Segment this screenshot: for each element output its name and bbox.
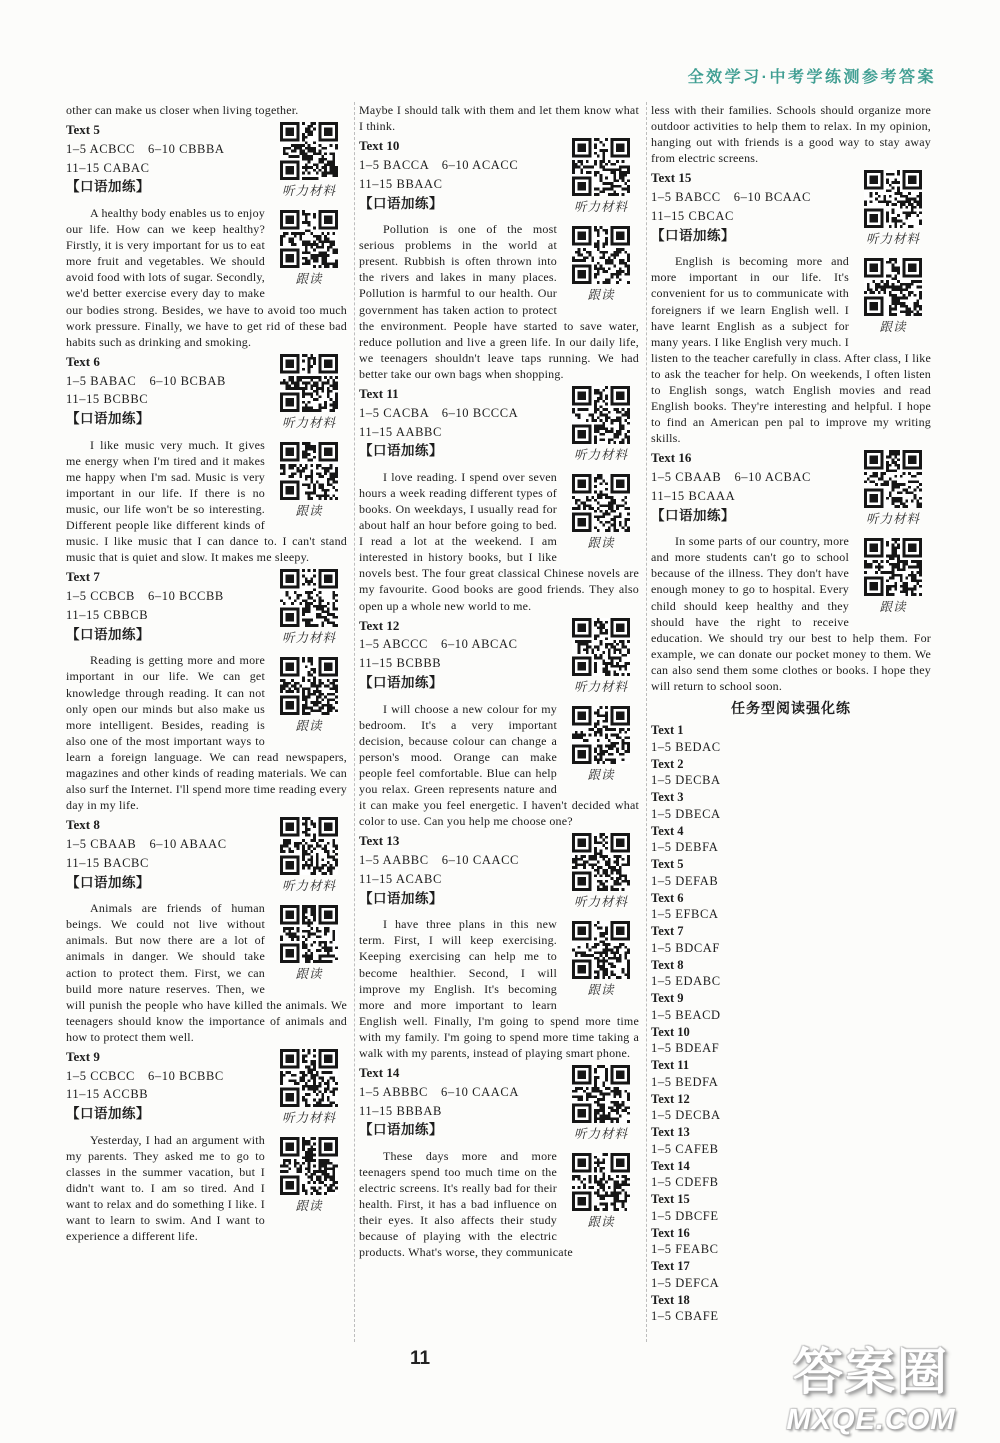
reading-item-title: Text 10 xyxy=(651,1023,931,1040)
answer-line-2: 11–15 BBAAC xyxy=(359,175,555,194)
listening-material-label: 听力材料 xyxy=(563,677,639,695)
reading-item-title: Text 1 xyxy=(651,721,931,738)
oral-practice-label: 【口语加练】 xyxy=(359,441,555,461)
listening-material-label: 听力材料 xyxy=(855,509,931,527)
qr-code-followread-icon xyxy=(572,226,630,284)
qr-code-listening-icon xyxy=(572,1065,630,1123)
qr-code-listening-icon xyxy=(280,817,338,875)
listening-material-label: 听力材料 xyxy=(563,892,639,910)
reading-item-title: Text 8 xyxy=(651,956,931,973)
reading-item-title: Text 14 xyxy=(651,1157,931,1174)
qr-code-followread-icon xyxy=(572,474,630,532)
answer-block-head: 听力材料Text 71–5 CCBCB 6–10 BCCBB11–15 CBBC… xyxy=(66,568,347,652)
text-title: Text 13 xyxy=(359,832,555,851)
reading-item-title: Text 18 xyxy=(651,1291,931,1308)
qr-code-listening-icon xyxy=(280,354,338,412)
follow-read-label: 跟读 xyxy=(271,501,347,519)
qr-code-followread-icon xyxy=(280,210,338,268)
listening-passage: 跟读These days more and more teenagers spe… xyxy=(359,1148,639,1261)
answer-line-1: 1–5 CCBCB 6–10 BCCBB xyxy=(66,587,263,606)
answer-block-head: 听力材料Text 131–5 AABBC 6–10 CAACC11–15 ACA… xyxy=(359,832,639,916)
listening-qr-group: 听力材料 xyxy=(563,386,639,463)
follow-read-label: 跟读 xyxy=(271,1196,347,1214)
answer-line-2: 11–15 BACBC xyxy=(66,854,263,873)
listening-passage: 跟读I have three plans in this new term. F… xyxy=(359,916,639,1061)
reading-item-answers: 1–5 CDEFB xyxy=(651,1173,931,1190)
text-title: Text 6 xyxy=(66,353,263,372)
listening-passage: 跟读In some parts of our country, more and… xyxy=(651,533,931,694)
reading-item-answers: 1–5 FEABC xyxy=(651,1240,931,1257)
listening-qr-group: 听力材料 xyxy=(855,450,931,527)
answer-block-head: 听力材料Text 161–5 CBAAB 6–10 ACBAC11–15 BCA… xyxy=(651,449,931,533)
listening-passage: 跟读Animals are friends of human beings. W… xyxy=(66,900,347,1045)
text-title: Text 16 xyxy=(651,449,847,468)
oral-practice-label: 【口语加练】 xyxy=(66,409,263,429)
listening-qr-group: 听力材料 xyxy=(563,618,639,695)
oral-practice-label: 【口语加练】 xyxy=(359,194,555,214)
answer-line-2: 11–15 AABBC xyxy=(359,423,555,442)
answer-block: 听力材料Text 161–5 CBAAB 6–10 ACBAC11–15 BCA… xyxy=(651,449,931,694)
answer-line-1: 1–5 BABAC 6–10 BCBAB xyxy=(66,372,263,391)
qr-code-followread-icon xyxy=(280,657,338,715)
answer-block-head: 听力材料Text 121–5 ABCCC 6–10 ABCAC11–15 BCB… xyxy=(359,617,639,701)
oral-practice-label: 【口语加练】 xyxy=(651,506,847,526)
followread-qr-group: 跟读 xyxy=(563,706,639,783)
reading-item-answers: 1–5 CBAFE xyxy=(651,1307,931,1324)
answer-block: 听力材料Text 101–5 BACCA 6–10 ACACC11–15 BBA… xyxy=(359,137,639,382)
answer-line-2: 11–15 ACCBB xyxy=(66,1085,263,1104)
answer-block: 听力材料Text 91–5 CCBCC 6–10 BCBBC11–15 ACCB… xyxy=(66,1048,347,1245)
answer-block: 听力材料Text 51–5 ACBCC 6–10 CBBBA11–15 CABA… xyxy=(66,121,347,350)
reading-item-title: Text 11 xyxy=(651,1056,931,1073)
answer-line-2: 11–15 BCBBC xyxy=(66,390,263,409)
watermark-site: MXQE.COM xyxy=(756,1404,986,1437)
followread-qr-group: 跟读 xyxy=(271,905,347,982)
page-header: 全效学习·中考学练测参考答案 xyxy=(688,64,936,87)
answer-block: 听力材料Text 111–5 CACBA 6–10 BCCCA11–15 AAB… xyxy=(359,385,639,614)
continuation-paragraph: less with their families. Schools should… xyxy=(651,102,931,166)
qr-code-listening-icon xyxy=(572,618,630,676)
reading-item-answers: 1–5 BEDFA xyxy=(651,1073,931,1090)
reading-item-answers: 1–5 BDCAF xyxy=(651,939,931,956)
answer-line-2: 11–15 ACABC xyxy=(359,870,555,889)
text-title: Text 12 xyxy=(359,617,555,636)
text-title: Text 8 xyxy=(66,816,263,835)
reading-item-title: Text 3 xyxy=(651,788,931,805)
text-title: Text 9 xyxy=(66,1048,263,1067)
listening-passage: 跟读Reading is getting more and more impor… xyxy=(66,652,347,813)
answer-block-head: 听力材料Text 141–5 ABBBC 6–10 CAACA11–15 BBB… xyxy=(359,1064,639,1148)
answer-block-head: 听力材料Text 51–5 ACBCC 6–10 CBBBA11–15 CABA… xyxy=(66,121,347,205)
text-title: Text 11 xyxy=(359,385,555,404)
reading-item-title: Text 6 xyxy=(651,889,931,906)
answer-line-2: 11–15 CBCAC xyxy=(651,207,847,226)
answer-line-1: 1–5 BABCC 6–10 BCAAC xyxy=(651,188,847,207)
follow-read-label: 跟读 xyxy=(271,269,347,287)
listening-qr-group: 听力材料 xyxy=(271,122,347,199)
answer-block-head: 听力材料Text 61–5 BABAC 6–10 BCBAB11–15 BCBB… xyxy=(66,353,347,437)
followread-qr-group: 跟读 xyxy=(271,1137,347,1214)
qr-code-followread-icon xyxy=(572,921,630,979)
listening-passage: 跟读I love reading. I spend over seven hou… xyxy=(359,469,639,614)
reading-item-title: Text 12 xyxy=(651,1090,931,1107)
followread-qr-group: 跟读 xyxy=(563,474,639,551)
listening-passage: 跟读I like music very much. It gives me en… xyxy=(66,437,347,566)
listening-material-label: 听力材料 xyxy=(271,628,347,646)
answer-block: 听力材料Text 131–5 AABBC 6–10 CAACC11–15 ACA… xyxy=(359,832,639,1061)
reading-item-answers: 1–5 DEFCA xyxy=(651,1274,931,1291)
reading-item-title: Text 13 xyxy=(651,1123,931,1140)
continuation-paragraph: other can make us closer when living tog… xyxy=(66,102,347,118)
answer-line-2: 11–15 BCAAA xyxy=(651,487,847,506)
reading-item-title: Text 9 xyxy=(651,989,931,1006)
listening-passage: 跟读English is becoming more and more impo… xyxy=(651,253,931,446)
qr-code-followread-icon xyxy=(280,905,338,963)
reading-item-answers: 1–5 BDEAF xyxy=(651,1039,931,1056)
oral-practice-label: 【口语加练】 xyxy=(359,673,555,693)
answer-block-head: 听力材料Text 111–5 CACBA 6–10 BCCCA11–15 AAB… xyxy=(359,385,639,469)
reading-item-title: Text 5 xyxy=(651,855,931,872)
listening-material-label: 听力材料 xyxy=(271,181,347,199)
listening-qr-group: 听力材料 xyxy=(563,1065,639,1142)
reading-item-title: Text 7 xyxy=(651,922,931,939)
listening-material-label: 听力材料 xyxy=(271,413,347,431)
reading-item-answers: 1–5 DEBFA xyxy=(651,838,931,855)
listening-passage: 跟读I will choose a new colour for my bedr… xyxy=(359,701,639,830)
text-title: Text 7 xyxy=(66,568,263,587)
answer-line-1: 1–5 ACBCC 6–10 CBBBA xyxy=(66,140,263,159)
follow-read-label: 跟读 xyxy=(563,285,639,303)
oral-practice-label: 【口语加练】 xyxy=(359,889,555,909)
qr-code-followread-icon xyxy=(280,442,338,500)
answer-block-head: 听力材料Text 151–5 BABCC 6–10 BCAAC11–15 CBC… xyxy=(651,169,931,253)
reading-section: 任务型阅读强化练Text 11–5 BEDACText 21–5 DECBATe… xyxy=(651,698,931,1324)
reading-section-title: 任务型阅读强化练 xyxy=(651,698,931,718)
listening-qr-group: 听力材料 xyxy=(271,817,347,894)
reading-item-answers: 1–5 DEFAB xyxy=(651,872,931,889)
listening-material-label: 听力材料 xyxy=(271,1108,347,1126)
followread-qr-group: 跟读 xyxy=(563,1153,639,1230)
text-title: Text 15 xyxy=(651,169,847,188)
follow-read-label: 跟读 xyxy=(563,1212,639,1230)
followread-qr-group: 跟读 xyxy=(563,921,639,998)
qr-code-listening-icon xyxy=(280,122,338,180)
continuation-paragraph: Maybe I should talk with them and let th… xyxy=(359,102,639,134)
watermark: 答案圈 MXQE.COM xyxy=(756,1332,986,1437)
reading-item-title: Text 17 xyxy=(651,1257,931,1274)
columns-container: other can make us closer when living tog… xyxy=(62,102,938,1342)
reading-item-answers: 1–5 DBCFE xyxy=(651,1207,931,1224)
reading-item-title: Text 2 xyxy=(651,755,931,772)
text-title: Text 14 xyxy=(359,1064,555,1083)
listening-qr-group: 听力材料 xyxy=(271,1049,347,1126)
qr-code-listening-icon xyxy=(864,450,922,508)
follow-read-label: 跟读 xyxy=(271,964,347,982)
listening-passage: 跟读A healthy body enables us to enjoy our… xyxy=(66,205,347,350)
followread-qr-group: 跟读 xyxy=(271,442,347,519)
listening-qr-group: 听力材料 xyxy=(563,833,639,910)
follow-read-label: 跟读 xyxy=(563,765,639,783)
oral-practice-label: 【口语加练】 xyxy=(359,1120,555,1140)
listening-material-label: 听力材料 xyxy=(855,229,931,247)
followread-qr-group: 跟读 xyxy=(271,657,347,734)
qr-code-followread-icon xyxy=(572,706,630,764)
watermark-logo: 答案圈 xyxy=(756,1332,986,1404)
follow-read-label: 跟读 xyxy=(855,597,931,615)
answer-line-2: 11–15 CBBCB xyxy=(66,606,263,625)
text-title: Text 10 xyxy=(359,137,555,156)
qr-code-listening-icon xyxy=(572,386,630,444)
followread-qr-group: 跟读 xyxy=(563,226,639,303)
answer-block: 听力材料Text 141–5 ABBBC 6–10 CAACA11–15 BBB… xyxy=(359,1064,639,1261)
column-1: other can make us closer when living tog… xyxy=(62,102,354,1342)
answer-line-2: 11–15 BCBBB xyxy=(359,654,555,673)
oral-practice-label: 【口语加练】 xyxy=(66,625,263,645)
page-number: 11 xyxy=(400,1348,440,1370)
book-title: 全效学习·中考学练测参考答案 xyxy=(688,69,936,86)
reading-item-answers: 1–5 DECBA xyxy=(651,1106,931,1123)
follow-read-label: 跟读 xyxy=(563,980,639,998)
oral-practice-label: 【口语加练】 xyxy=(651,226,847,246)
answer-line-1: 1–5 ABCCC 6–10 ABCAC xyxy=(359,635,555,654)
qr-code-listening-icon xyxy=(280,1049,338,1107)
answer-line-1: 1–5 ABBBC 6–10 CAACA xyxy=(359,1083,555,1102)
qr-code-followread-icon xyxy=(280,1137,338,1195)
qr-code-followread-icon xyxy=(572,1153,630,1211)
listening-material-label: 听力材料 xyxy=(563,445,639,463)
reading-item-answers: 1–5 BEACD xyxy=(651,1006,931,1023)
answer-block: 听力材料Text 151–5 BABCC 6–10 BCAAC11–15 CBC… xyxy=(651,169,931,446)
reading-item-answers: 1–5 DECBA xyxy=(651,771,931,788)
followread-qr-group: 跟读 xyxy=(855,258,931,335)
oral-practice-label: 【口语加练】 xyxy=(66,1104,263,1124)
reading-item-title: Text 16 xyxy=(651,1224,931,1241)
answer-block-head: 听力材料Text 101–5 BACCA 6–10 ACACC11–15 BBA… xyxy=(359,137,639,221)
qr-code-listening-icon xyxy=(572,138,630,196)
qr-code-listening-icon xyxy=(572,833,630,891)
followread-qr-group: 跟读 xyxy=(271,210,347,287)
qr-code-followread-icon xyxy=(864,258,922,316)
answer-line-1: 1–5 BACCA 6–10 ACACC xyxy=(359,156,555,175)
answer-block: 听力材料Text 121–5 ABCCC 6–10 ABCAC11–15 BCB… xyxy=(359,617,639,830)
reading-item-answers: 1–5 EDABC xyxy=(651,972,931,989)
reading-item-title: Text 4 xyxy=(651,822,931,839)
answer-line-1: 1–5 AABBC 6–10 CAACC xyxy=(359,851,555,870)
qr-code-listening-icon xyxy=(864,170,922,228)
answer-line-1: 1–5 CBAAB 6–10 ABAAC xyxy=(66,835,263,854)
answer-line-1: 1–5 CCBCC 6–10 BCBBC xyxy=(66,1067,263,1086)
qr-code-listening-icon xyxy=(280,569,338,627)
text-title: Text 5 xyxy=(66,121,263,140)
listening-passage: 跟读Yesterday, I had an argument with my p… xyxy=(66,1132,347,1245)
answer-block: 听力材料Text 81–5 CBAAB 6–10 ABAAC11–15 BACB… xyxy=(66,816,347,1045)
listening-material-label: 听力材料 xyxy=(563,1124,639,1142)
reading-item-answers: 1–5 DBECA xyxy=(651,805,931,822)
answer-line-2: 11–15 CABAC xyxy=(66,159,263,178)
answer-block: 听力材料Text 71–5 CCBCB 6–10 BCCBB11–15 CBBC… xyxy=(66,568,347,813)
qr-code-followread-icon xyxy=(864,538,922,596)
followread-qr-group: 跟读 xyxy=(855,538,931,615)
listening-passage: 跟读Pollution is one of the most serious p… xyxy=(359,221,639,382)
answer-line-2: 11–15 BBBAB xyxy=(359,1102,555,1121)
oral-practice-label: 【口语加练】 xyxy=(66,873,263,893)
follow-read-label: 跟读 xyxy=(855,317,931,335)
column-3: less with their families. Schools should… xyxy=(646,102,938,1342)
answer-block-head: 听力材料Text 91–5 CCBCC 6–10 BCBBC11–15 ACCB… xyxy=(66,1048,347,1132)
answer-key-page: 全效学习·中考学练测参考答案 other can make us closer … xyxy=(0,0,1000,1443)
oral-practice-label: 【口语加练】 xyxy=(66,177,263,197)
reading-item-answers: 1–5 EFBCA xyxy=(651,905,931,922)
listening-qr-group: 听力材料 xyxy=(855,170,931,247)
listening-qr-group: 听力材料 xyxy=(271,569,347,646)
listening-material-label: 听力材料 xyxy=(563,197,639,215)
reading-item-answers: 1–5 BEDAC xyxy=(651,738,931,755)
listening-material-label: 听力材料 xyxy=(271,876,347,894)
follow-read-label: 跟读 xyxy=(271,716,347,734)
answer-block-head: 听力材料Text 81–5 CBAAB 6–10 ABAAC11–15 BACB… xyxy=(66,816,347,900)
answer-line-1: 1–5 CBAAB 6–10 ACBAC xyxy=(651,468,847,487)
listening-qr-group: 听力材料 xyxy=(271,354,347,431)
answer-block: 听力材料Text 61–5 BABAC 6–10 BCBAB11–15 BCBB… xyxy=(66,353,347,566)
answer-line-1: 1–5 CACBA 6–10 BCCCA xyxy=(359,404,555,423)
reading-item-title: Text 15 xyxy=(651,1190,931,1207)
listening-qr-group: 听力材料 xyxy=(563,138,639,215)
reading-item-answers: 1–5 CAFEB xyxy=(651,1140,931,1157)
follow-read-label: 跟读 xyxy=(563,533,639,551)
column-2: Maybe I should talk with them and let th… xyxy=(354,102,646,1342)
